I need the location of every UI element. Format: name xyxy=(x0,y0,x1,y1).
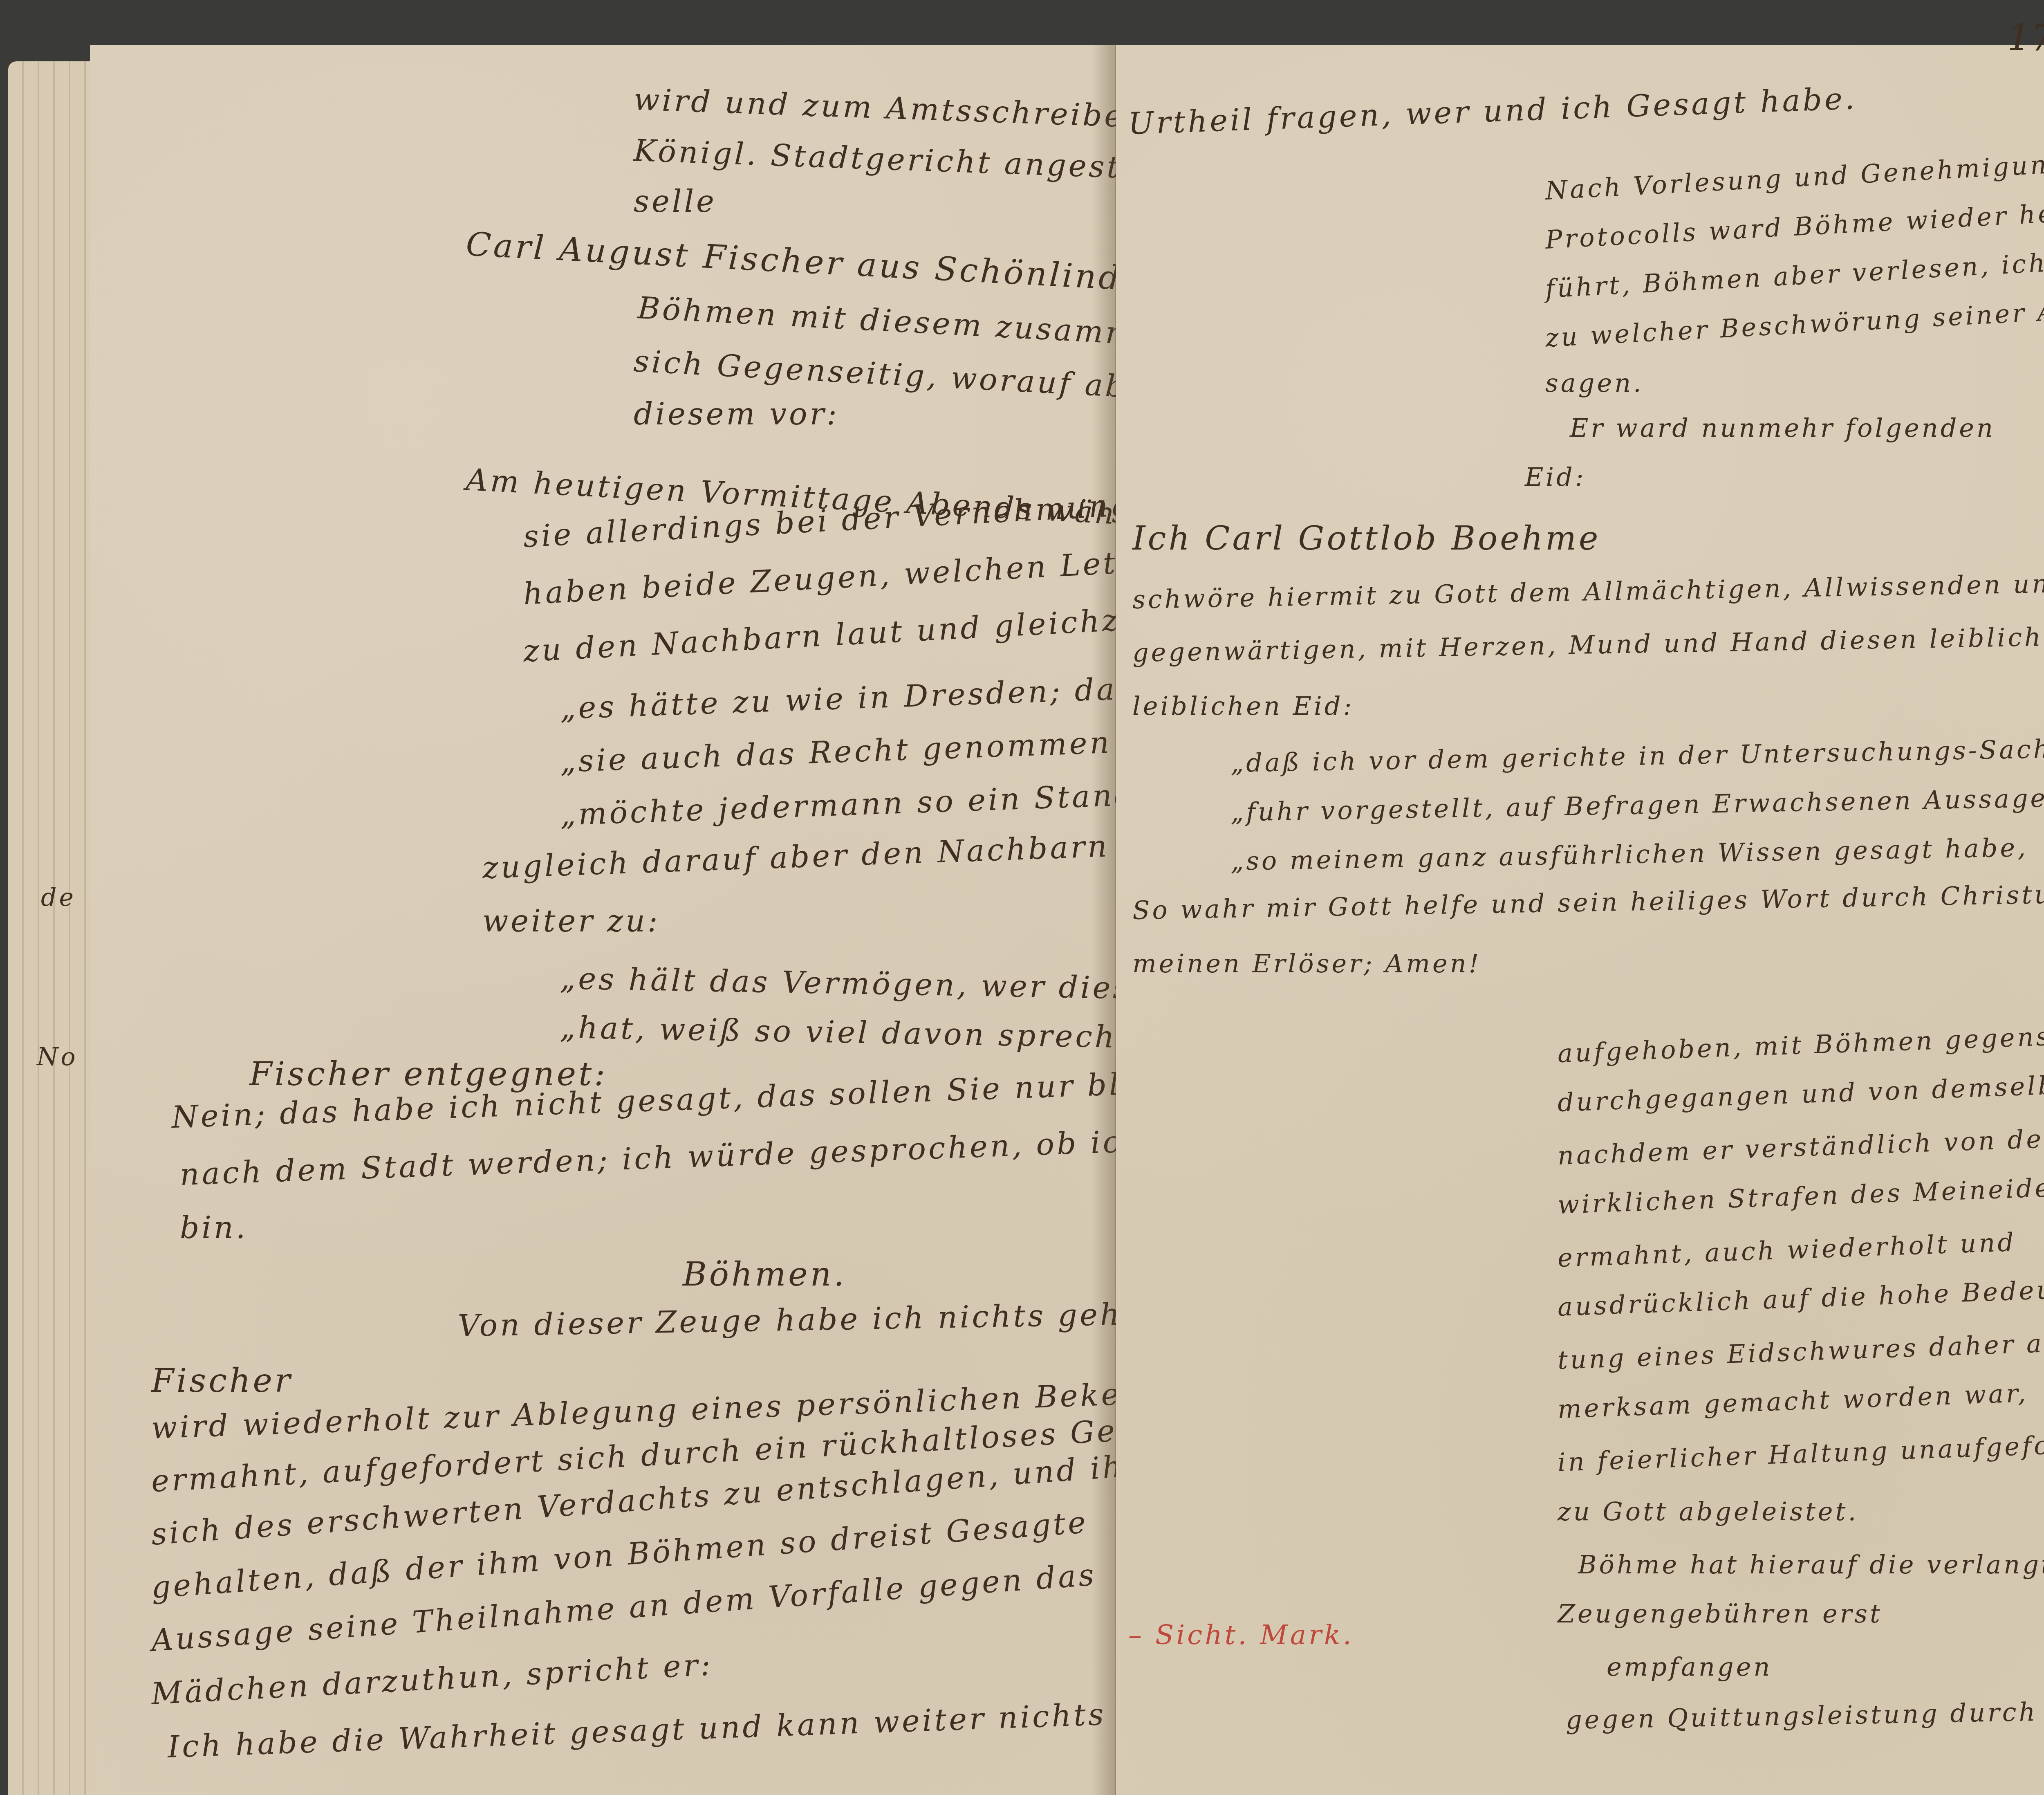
text-line: zu den Nachbarn laut und gleichzeitig: xyxy=(522,598,1215,669)
text-line: zu Gott abgeleistet. xyxy=(1558,1497,1858,1526)
speaker-heading: Böhmen. xyxy=(683,1255,847,1293)
text-line: zu welcher Beschwörung seiner Aus- xyxy=(1544,294,2044,353)
text-line: Ich habe die Wahrheit gesagt und kann we… xyxy=(167,1697,1107,1765)
text-line: empfangen xyxy=(1607,1652,1772,1682)
speaker-heading: Fischer xyxy=(151,1362,293,1400)
name-heading: Carl August Fischer aus Schönlinde. xyxy=(465,225,1158,299)
text-line: ermahnt, auch wiederholt und xyxy=(1557,1227,2017,1273)
text-line: Zeugengebühren erst xyxy=(1558,1599,1883,1629)
text-line: Er ward nunmehr folgenden xyxy=(1570,413,1995,443)
text-line: Urtheil fragen, wer und ich Gesagt habe. xyxy=(1127,81,1857,141)
quote-line: „hat, weiß so viel davon sprechen. xyxy=(560,1010,1171,1056)
text-line: weiter zu: xyxy=(482,904,660,939)
text-line: nach dem Stadt werden; ich würde gesproc… xyxy=(179,1120,1261,1192)
text-line: wirklichen Strafen des Meineides xyxy=(1557,1172,2044,1220)
margin-note: de xyxy=(41,883,76,912)
text-line: tung eines Eidschwures daher auf- xyxy=(1557,1327,2044,1375)
text-line: Mädchen darzuthun, spricht er: xyxy=(150,1647,714,1712)
text-line: gegen Quittungsleistung durch xyxy=(1565,1697,2038,1735)
folio-number: 17. xyxy=(2007,16,2044,59)
open-book: de No wird und zum Amtsschreiber dafür i… xyxy=(8,45,2044,1795)
left-page: de No wird und zum Amtsschreiber dafür i… xyxy=(90,45,1116,1795)
oath-line: „so meinem ganz ausführlichen Wissen ges… xyxy=(1230,832,2028,876)
oath-line: schwöre hiermit zu Gott dem Allmächtigen… xyxy=(1132,567,2044,615)
oath-line: So wahr mir Gott helfe und sein heiliges… xyxy=(1132,879,2044,925)
text-line: in feierlicher Haltung unaufgefordert xyxy=(1557,1427,2044,1477)
text-line: führt, Böhmen aber verlesen, ich worauf xyxy=(1544,242,2044,304)
margin-note: No xyxy=(37,1043,78,1071)
text-line: sagen. xyxy=(1545,368,1644,398)
text-line: Böhme hat hierauf die verlangten xyxy=(1578,1550,2044,1580)
text-line: diesem vor: xyxy=(634,397,839,432)
oath-line: „daß ich vor dem gerichte in der Untersu… xyxy=(1230,734,2044,778)
text-line: bin. xyxy=(180,1210,248,1245)
text-line: Nach Vorlesung und Genehmigung dieses xyxy=(1544,143,2044,206)
text-line: ausdrücklich auf die hohe Bedeu- xyxy=(1557,1274,2044,1322)
text-line: merksam gemacht worden war, xyxy=(1557,1378,2029,1424)
text-line: aufgehoben, mit Böhmen gegenseitig xyxy=(1557,1019,2044,1068)
oath-line: leiblichen Eid: xyxy=(1132,691,1354,721)
quote-line: „es hält das Vermögen, wer diesen xyxy=(560,961,1173,1007)
oath-line: „fuhr vorgestellt, auf Befragen Erwachse… xyxy=(1230,783,2044,827)
text-line: nachdem er verständlich von den xyxy=(1557,1123,2044,1171)
text-line: Eid: xyxy=(1525,462,1586,492)
oath-line: gegenwärtigen, mit Herzen, Mund und Hand… xyxy=(1132,617,2044,668)
text-line: selle xyxy=(634,184,717,219)
text-line: zugleich darauf aber den Nachbarn xyxy=(482,828,1109,885)
red-annotation: – Sicht. Mark. xyxy=(1128,1619,1354,1651)
oath-heading: Ich Carl Gottlob Boehme xyxy=(1132,519,1600,557)
right-page: 17. Urtheil fragen, wer und ich Gesagt h… xyxy=(1116,45,2044,1795)
text-line: Von dieser Zeuge habe ich nichts gehört. xyxy=(457,1296,1186,1344)
oath-line: meinen Erlöser; Amen! xyxy=(1132,949,1481,978)
text-line: durchgegangen und von demselben, xyxy=(1557,1068,2044,1117)
text-line: Protocolls ward Böhme wieder herge- xyxy=(1544,195,2044,255)
